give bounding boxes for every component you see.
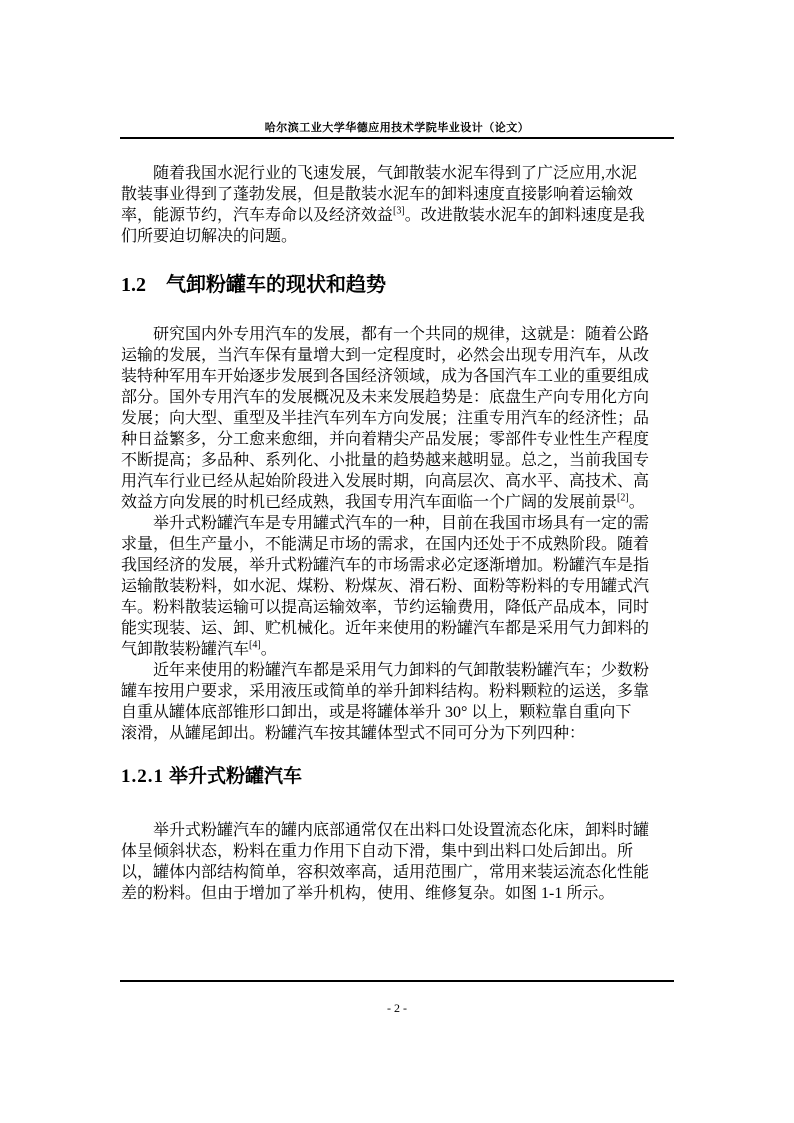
text-line: 以，罐体内部结构简单，容积效率高，适用范围广，常用来装运流态化性能 (121, 862, 675, 883)
line-text: 。改进散装水泥车的卸料速度是我 (405, 207, 645, 224)
citation-superscript: [4] (249, 640, 261, 651)
text-line: 发展；向大型、重型及半挂汽车列车方向发展；注重专用汽车的经济性；品 (121, 408, 675, 429)
text-line: 随着我国水泥行业的飞速发展，气卸散装水泥车得到了广泛应用,水泥 (121, 163, 675, 184)
text-line: 我国经济的发展，举升式粉罐汽车的市场需求必定逐渐增加。粉罐汽车是指 (121, 555, 675, 576)
paragraph-intro: 随着我国水泥行业的飞速发展，气卸散装水泥车得到了广泛应用,水泥散装事业得到了蓬勃… (121, 163, 675, 247)
text-line: 车。粉料散装运输可以提高运输效率，节约运输费用，降低产品成本，同时 (121, 597, 675, 618)
line-text: 效益方向发展的时机已经成熟，我国专用汽车面临一个广阔的发展前景 (121, 494, 617, 511)
document-page: 哈尔滨工业大学华德应用技术学院毕业设计（论文） 随着我国水泥行业的飞速发展，气卸… (0, 0, 794, 1123)
line-text: 气卸散装粉罐汽车 (121, 641, 249, 658)
section-heading: 1.2气卸粉罐车的现状和趋势 (121, 272, 721, 298)
text-line: 效益方向发展的时机已经成熟，我国专用汽车面临一个广阔的发展前景[2]。 (121, 492, 675, 513)
text-line: 能实现装、运、卸、贮机械化。近年来使用的粉罐汽车都是采用气力卸料的 (121, 618, 675, 639)
text-line: 运输的发展，当汽车保有量增大到一定程度时，必然会出现专用汽车，从改 (121, 345, 675, 366)
text-line: 近年来使用的粉罐汽车都是采用气力卸料的气卸散装粉罐汽车；少数粉 (121, 660, 675, 681)
paragraph-unloading-types: 近年来使用的粉罐汽车都是采用气力卸料的气卸散装粉罐汽车；少数粉罐车按用户要求，采… (121, 660, 675, 744)
text-line: 罐车按用户要求，采用液压或简单的举升卸料结构。粉料颗粒的运送，多靠 (121, 681, 675, 702)
text-line: 求量，但生产量小，不能满足市场的需求，在国内还处于不成熟阶段。随着 (121, 534, 675, 555)
text-line: 举升式粉罐汽车的罐内底部通常仅在出料口处设置流态化床，卸料时罐 (121, 820, 675, 841)
subsection-heading: 1.2.1举升式粉罐汽车 (121, 764, 721, 790)
text-line: 们所要迫切解决的问题。 (121, 226, 675, 247)
subsection-number: 1.2.1 (121, 766, 164, 787)
text-line: 装特种军用车开始逐步发展到各国经济领域，成为各国汽车工业的重要组成 (121, 366, 675, 387)
header-title: 哈尔滨工业大学华德应用技术学院毕业设计（论文） (120, 120, 674, 136)
text-line: 部分。国外专用汽车的发展概况及未来发展趋势是：底盘生产向专用化方向 (121, 387, 675, 408)
text-line: 体呈倾斜状态，粉料在重力作用下自动下滑，集中到出料口处后卸出。所 (121, 841, 675, 862)
paragraph-special-vehicles: 研究国内外专用汽车的发展，都有一个共同的规律，这就是：随着公路运输的发展，当汽车… (121, 324, 675, 513)
line-text: 。 (261, 641, 277, 658)
section-title: 气卸粉罐车的现状和趋势 (166, 274, 386, 296)
text-line: 滚滑，从罐尾卸出。粉罐汽车按其罐体型式不同可分为下列四种： (121, 723, 675, 744)
text-line: 气卸散装粉罐汽车[4]。 (121, 639, 675, 660)
text-line: 率，能源节约，汽车寿命以及经济效益[3]。改进散装水泥车的卸料速度是我 (121, 205, 675, 226)
text-line: 散装事业得到了蓬勃发展，但是散装水泥车的卸料速度直接影响着运输效 (121, 184, 675, 205)
page-number: - 2 - (120, 1000, 674, 1016)
text-line: 运输散装粉料，如水泥、煤粉、粉煤灰、滑石粉、面粉等粉料的专用罐式汽 (121, 576, 675, 597)
text-line: 举升式粉罐汽车是专用罐式汽车的一种，目前在我国市场具有一定的需 (121, 513, 675, 534)
text-line: 种日益繁多，分工愈来愈细，并向着精尖产品发展；零部件专业性生产程度 (121, 429, 675, 450)
text-line: 研究国内外专用汽车的发展，都有一个共同的规律，这就是：随着公路 (121, 324, 675, 345)
subsection-title: 举升式粉罐汽车 (169, 766, 302, 787)
text-line: 自重从罐体底部锥形口卸出，或是将罐体举升 30° 以上，颗粒靠自重向下 (121, 702, 675, 723)
header-rule (120, 137, 674, 139)
footer-rule (120, 980, 674, 982)
section-number: 1.2 (121, 274, 146, 296)
text-line: 不断提高；多品种、系列化、小批量的趋势越来越明显。总之，当前我国专 (121, 450, 675, 471)
citation-superscript: [3] (393, 206, 405, 217)
citation-superscript: [2] (617, 493, 629, 504)
text-line: 用汽车行业已经从起始阶段进入发展时期，向高层次、高水平、高技术、高 (121, 471, 675, 492)
text-line: 差的粉料。但由于增加了举升机构，使用、维修复杂。如图 1-1 所示。 (121, 883, 675, 904)
paragraph-tank-truck-market: 举升式粉罐汽车是专用罐式汽车的一种，目前在我国市场具有一定的需求量，但生产量小，… (121, 513, 675, 660)
line-text: 率，能源节约，汽车寿命以及经济效益 (121, 207, 393, 224)
paragraph-lift-type-description: 举升式粉罐汽车的罐内底部通常仅在出料口处设置流态化床，卸料时罐体呈倾斜状态，粉料… (121, 820, 675, 904)
line-text: 。 (629, 494, 645, 511)
